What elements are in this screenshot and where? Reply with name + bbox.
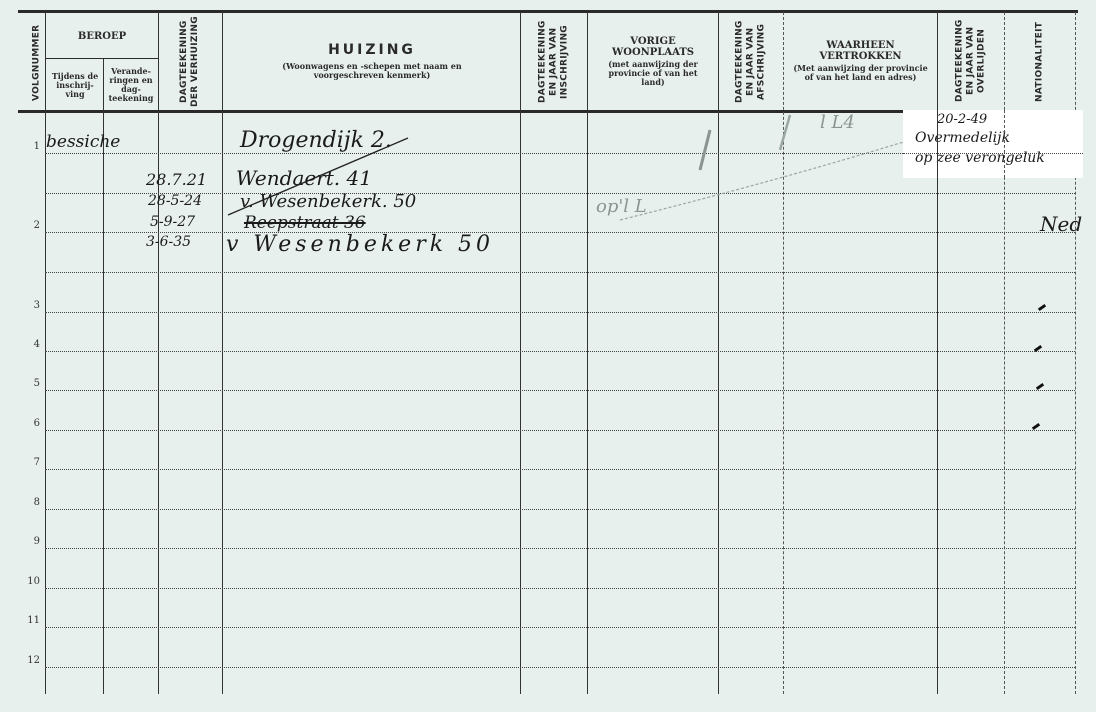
header-beroep: BEROEP	[46, 18, 158, 54]
header-huizing: HUIZING (Woonwagens en -schepen met naam…	[224, 14, 520, 108]
row-line	[45, 588, 1075, 589]
row-line	[45, 232, 1075, 233]
strike-diagonal	[220, 120, 550, 220]
register-card: VOLGNUMMER BEROEP Tijdens de inschrij- v…	[0, 0, 1096, 712]
row-line	[45, 469, 1075, 470]
ditto-mark	[1038, 304, 1046, 311]
row-number: 9	[0, 536, 40, 547]
row-number: 8	[0, 497, 40, 508]
handwritten-date: 5-9-27	[150, 214, 195, 230]
header-dagteekening-overlijden: DAGTEEKENING EN JAAR VAN OVERLIJDEN	[939, 14, 1003, 108]
header-dagteekening-verhuizing: DAGTEEKENING DER VERHUIZING	[163, 16, 217, 108]
handwritten-beroep: bessiche	[46, 132, 120, 152]
handwritten-address: v Wesenbekerk 50	[226, 232, 494, 257]
header-vorige-woonplaats: VORIGE WOONPLAATS (met aanwijzing der pr…	[589, 14, 717, 108]
ditto-mark	[1032, 423, 1040, 430]
row-line	[45, 390, 1075, 391]
overlijden-note-patch: 20-2-49 Overmedelijk op zee verongeluk	[903, 110, 1083, 178]
header-waarheen-title: WAARHEEN VERTROKKEN	[811, 40, 911, 62]
col-divider	[222, 12, 223, 694]
handwritten-date: 28-5-24	[148, 193, 202, 209]
row-number: 4	[0, 339, 40, 350]
overlijden-note-line1: Overmedelijk	[915, 130, 1010, 146]
header-waarheen-subtitle: (Met aanwijzing der provincie of van het…	[790, 64, 932, 82]
header-vorige-woonplaats-title: VORIGE WOONPLAATS	[608, 36, 698, 58]
row-line	[45, 627, 1075, 628]
header-huizing-subtitle: (Woonwagens en -schepen met naam en voor…	[257, 62, 487, 80]
pencil-note: op'l L	[596, 196, 647, 217]
header-waarheen-vertrokken: WAARHEEN VERTROKKEN (Met aanwijzing der …	[785, 14, 936, 108]
header-dagteekening-inschrijving: DAGTEEKENING EN JAAR VAN INSCHRIJVING	[522, 16, 586, 108]
header-beroep-tijdens: Tijdens de inschrij- ving	[48, 62, 102, 108]
header-beroep-veranderingen: Verande- ringen en dag- teekening	[105, 62, 157, 108]
handwritten-date: 28.7.21	[146, 170, 207, 189]
header-dagteekening-afschrijving: DAGTEEKENING EN JAAR VAN AFSCHRIJVING	[720, 16, 782, 108]
row-number: 7	[0, 457, 40, 468]
row-number: 10	[0, 576, 40, 587]
header-volgnummer: VOLGNUMMER	[28, 18, 46, 108]
beroep-sub-divider	[46, 58, 158, 59]
col-divider	[45, 12, 46, 694]
row-number: 3	[0, 300, 40, 311]
row-line	[45, 312, 1075, 313]
row-line	[45, 272, 1075, 273]
row-number: 12	[0, 655, 40, 666]
row-line	[45, 351, 1075, 352]
header-nationaliteit: NATIONALITEIT	[1006, 16, 1074, 108]
pencil-note: l L4	[820, 112, 855, 133]
row-number: 11	[0, 615, 40, 626]
overlijden-date: 20-2-49	[937, 112, 987, 127]
row-line	[903, 153, 1083, 154]
row-line	[45, 667, 1075, 668]
row-number: 6	[0, 418, 40, 429]
row-number: 5	[0, 378, 40, 389]
col-divider	[1004, 110, 1005, 178]
header-huizing-title: HUIZING	[328, 42, 416, 58]
col-divider	[520, 12, 521, 694]
handwritten-date: 3-6-35	[146, 234, 191, 250]
col-divider	[158, 12, 159, 694]
ditto-mark	[1036, 383, 1044, 390]
header-top-border	[18, 10, 1078, 13]
row-line	[45, 509, 1075, 510]
col-divider	[937, 110, 938, 178]
row-number: 1	[0, 141, 40, 152]
header-vorige-woonplaats-subtitle: (met aanwijzing der provincie of van het…	[597, 60, 709, 87]
handwritten-nationaliteit: Ned	[1040, 212, 1082, 236]
row-line	[45, 548, 1075, 549]
row-line	[45, 430, 1075, 431]
row-number: 2	[0, 220, 40, 231]
